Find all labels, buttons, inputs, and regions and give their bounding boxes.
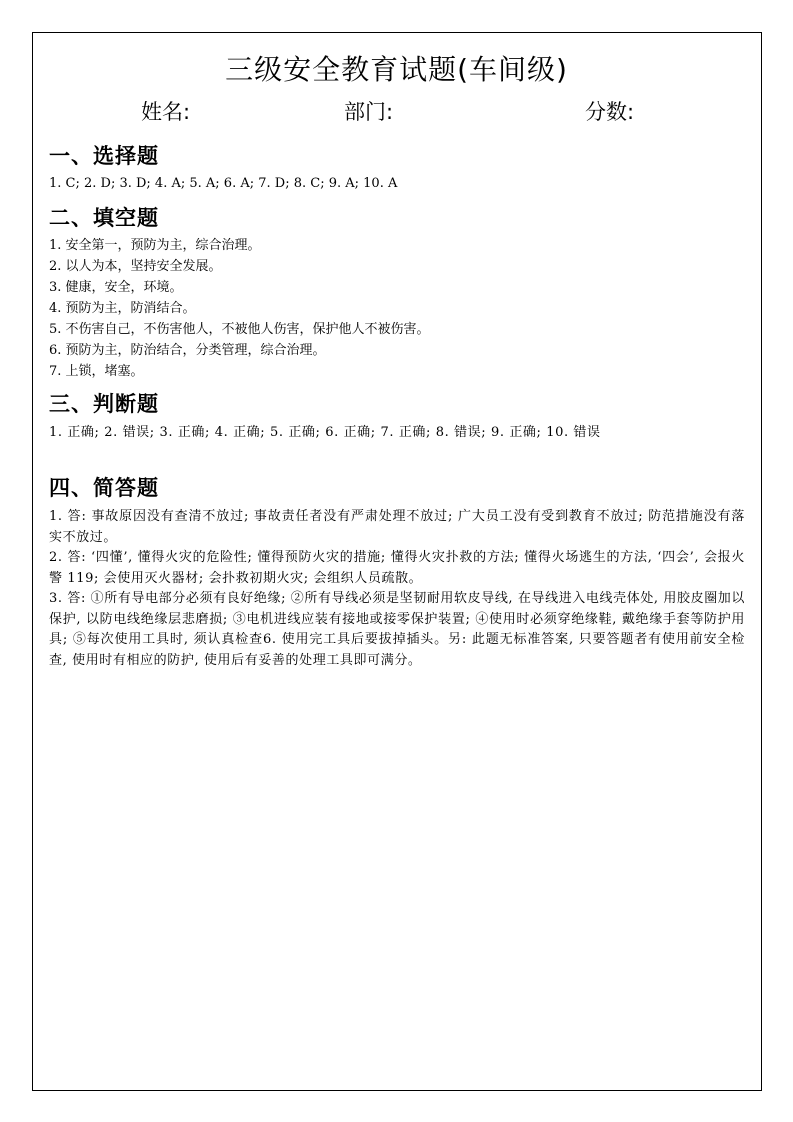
score-label: 分数: [585,96,634,126]
short-answer-item: 2. 答: ‘四懂’, 懂得火灾的危险性; 懂得预防火灾的措施; 懂得火灾扑救的… [49,548,745,589]
section-heading-short-answer: 四、简答题 [49,472,159,502]
section-heading-fill-blank: 二、填空题 [49,202,159,232]
short-answer-item: 3. 答: ①所有导电部分必须有良好绝缘; ②所有导线必须是坚韧耐用软皮导线, … [49,589,745,671]
fill-blank-item: 6. 预防为主，防治结合，分类管理，综合治理。 [49,341,326,361]
document-title: 三级安全教育试题(车间级) [0,48,793,88]
section-heading-choice: 一、选择题 [49,140,159,170]
short-answer-item: 1. 答: 事故原因没有查清不放过; 事故责任者没有严肃处理不放过; 广大员工没… [49,507,745,548]
fill-blank-item: 1. 安全第一，预防为主，综合治理。 [49,236,261,256]
fill-blank-item: 7. 上锁，堵塞。 [49,362,144,382]
department-label: 部门: [344,96,393,126]
true-false-answers: 1. 正确; 2. 错误; 3. 正确; 4. 正确; 5. 正确; 6. 正确… [49,423,745,444]
name-label: 姓名: [141,96,190,126]
info-row: 姓名: 部门: 分数: [0,96,793,126]
fill-blank-item: 4. 预防为主，防消结合。 [49,299,196,319]
fill-blank-item: 2. 以人为本，坚持安全发展。 [49,257,222,277]
fill-blank-item: 3. 健康，安全，环境。 [49,278,183,298]
section-heading-true-false: 三、判断题 [49,388,159,418]
choice-answers: 1. C; 2. D; 3. D; 4. A; 5. A; 6. A; 7. D… [49,174,397,194]
fill-blank-item: 5. 不伤害自己，不伤害他人，不被他人伤害，保护他人不被伤害。 [49,320,430,340]
